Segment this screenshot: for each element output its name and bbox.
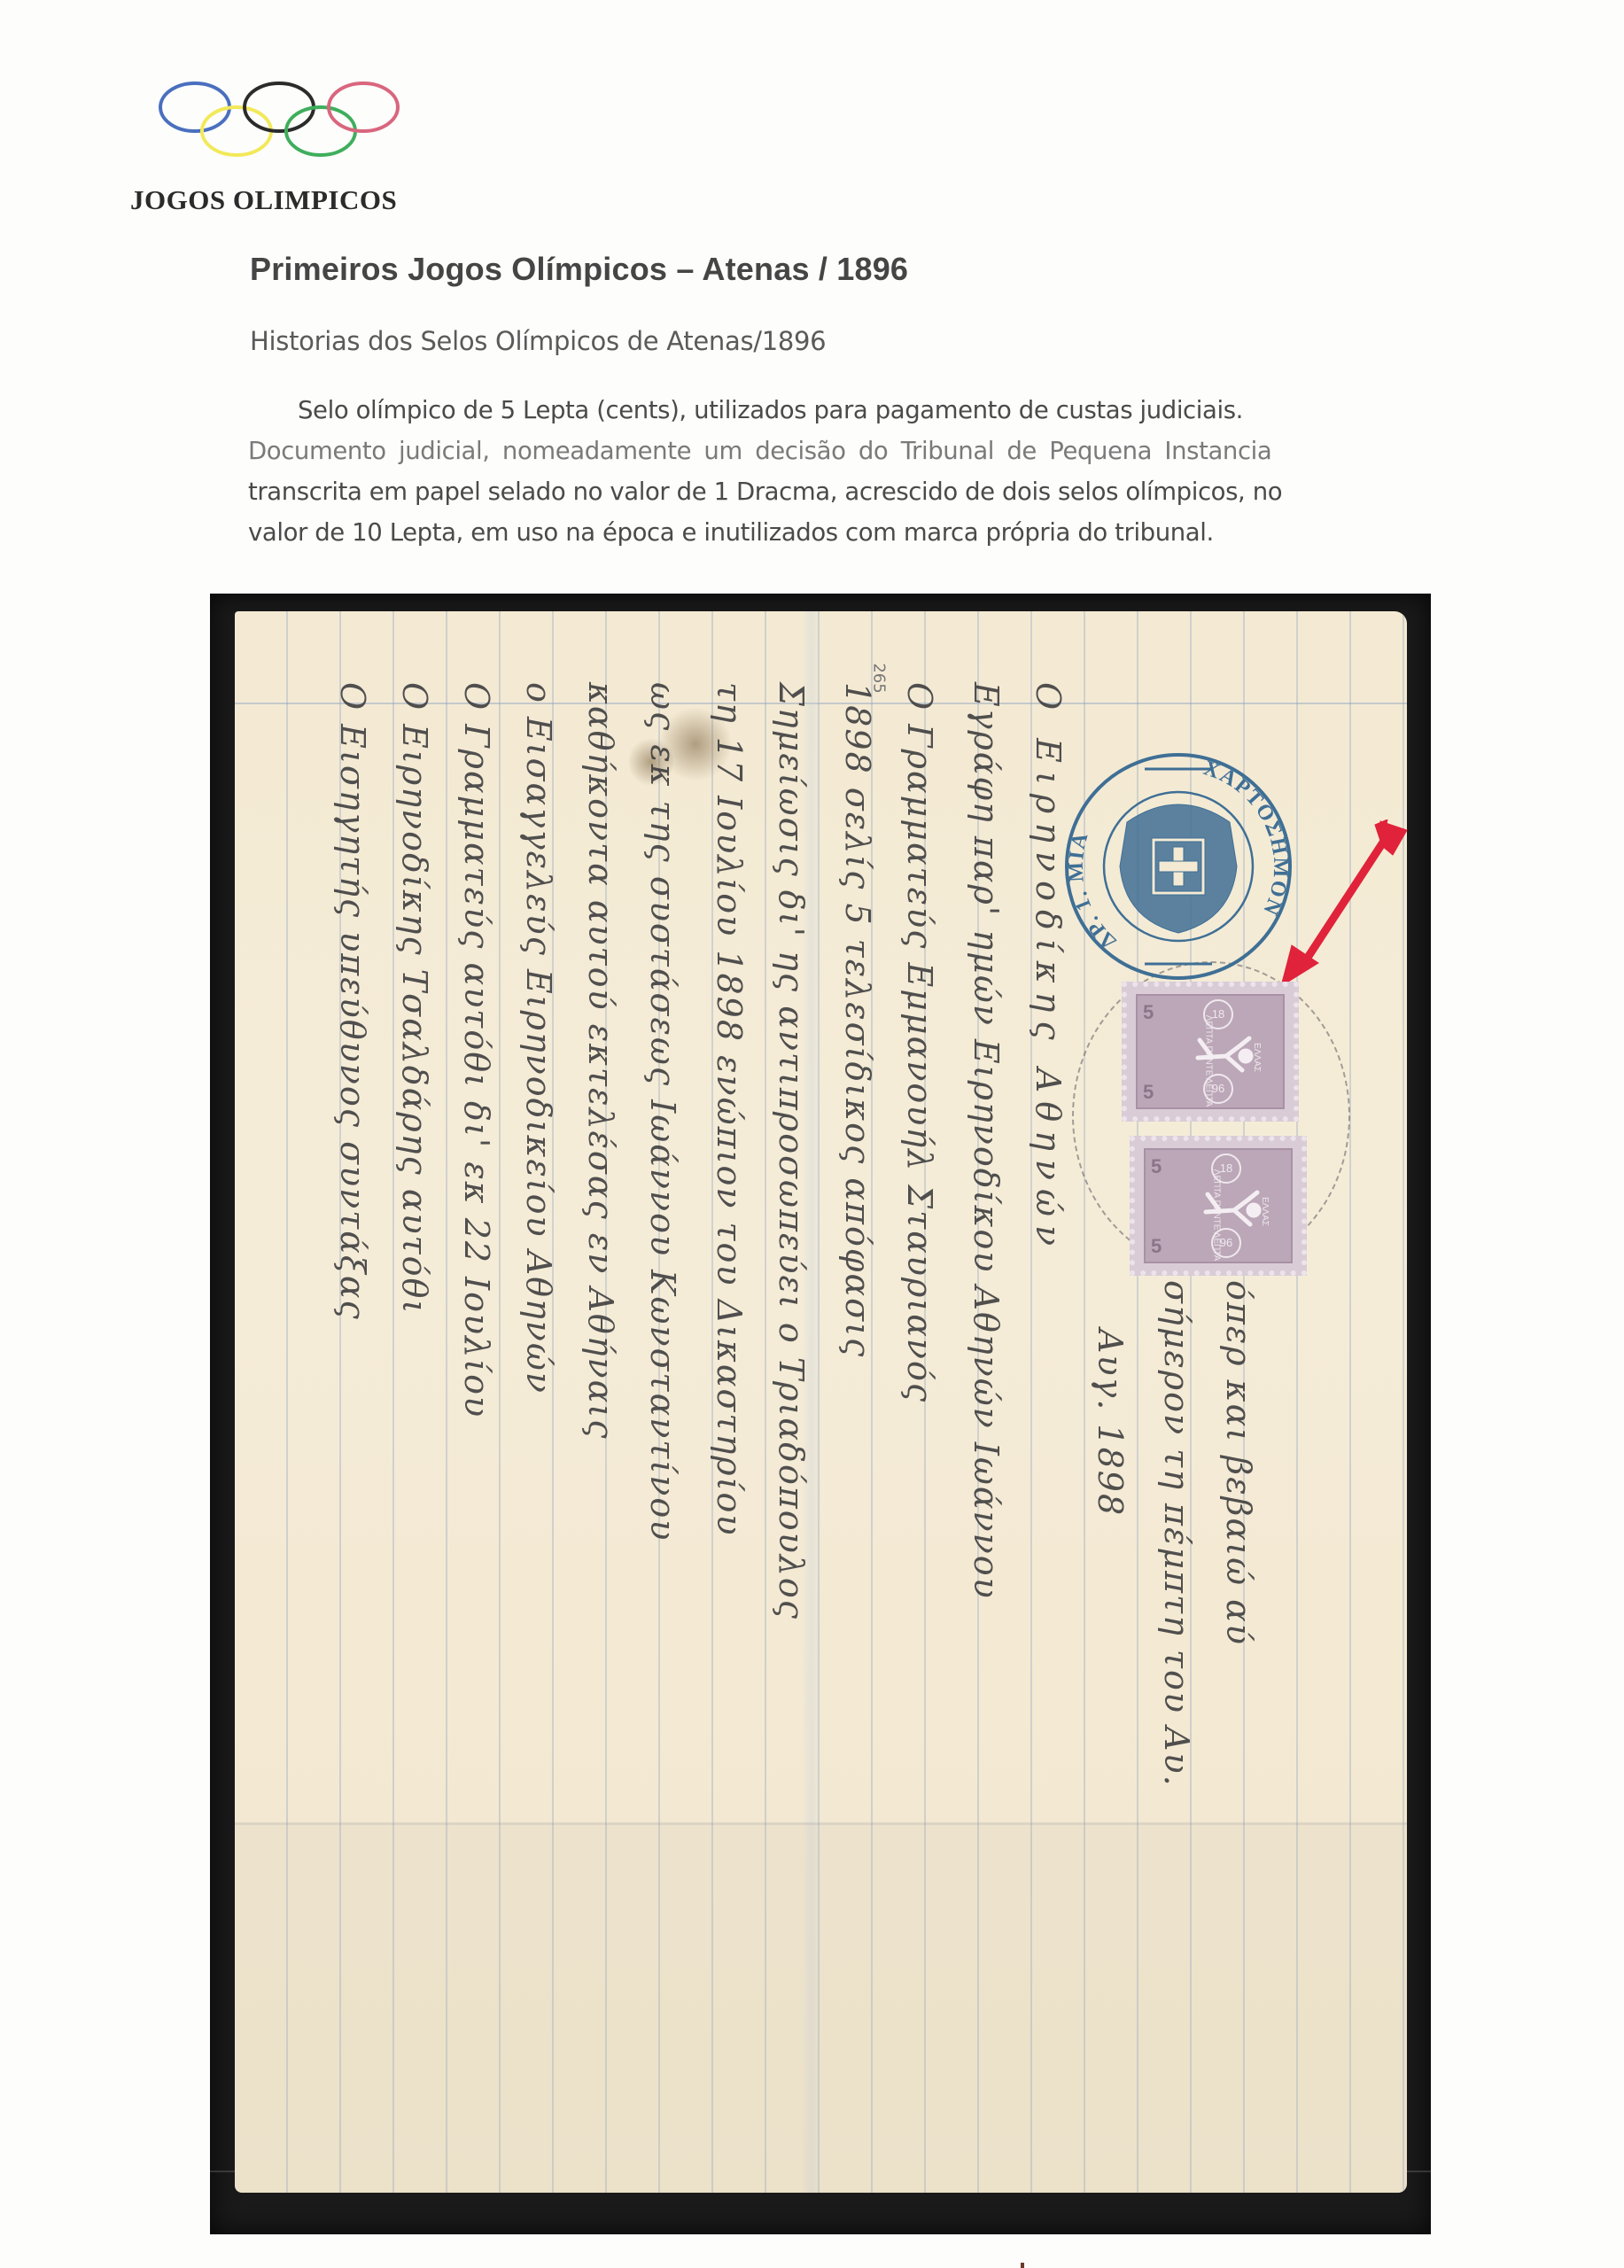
olympic-rings-icon	[151, 78, 408, 167]
handwritten-line: Εγράφη παρ' ημών Ειρηνοδίκου Αθηνών Ιωάν…	[967, 682, 1006, 1600]
olympic-stamp-5-lepta: 5 5 18 96 ΛΕΠΤΑ ΠΕΝΤΕ ΛΕΠΤΑ ΕΛΛΑΣ	[1130, 1136, 1307, 1276]
handwritten-line: Σημείωσις δι' ης αντιπροσωπεύει ο Τριαδό…	[772, 682, 811, 1620]
stamp-value: 5	[1151, 1235, 1162, 1258]
olympic-stamp-5-lepta: 5 5 18 96 ΛΕΠΤΑ ΠΕΝΤΕ ΛΕΠΤΑ ΕΛΛΑΣ	[1122, 982, 1299, 1122]
description-line: Documento judicial, nomeadamente um deci…	[248, 431, 1413, 471]
page-subtitle: Historias dos Selos Olímpicos de Atenas/…	[250, 326, 826, 356]
logo-text: JOGOS OLIMPICOS	[130, 184, 397, 216]
discus-thrower-icon	[1199, 1175, 1270, 1246]
description-line: Selo olímpico de 5 Lepta (cents), utiliz…	[248, 390, 1413, 431]
stamp-value: 5	[1143, 1081, 1154, 1104]
stamp-value: 5	[1143, 1001, 1154, 1024]
handwritten-line: σήμερον τη πέμπτη του Αυ.	[1157, 1280, 1196, 1788]
stamp-value: 5	[1151, 1155, 1162, 1178]
svg-text:ΔΡ. 1. ΜΙΑ: ΔΡ. 1. ΜΙΑ	[1065, 828, 1122, 952]
description-line: transcrita em papel selado no valor de 1…	[248, 471, 1413, 512]
red-arrow-icon	[1276, 819, 1409, 988]
handwritten-line: Ο Ειρηνοδίκης Αθηνών	[1029, 682, 1068, 1254]
description-paragraph: Selo olímpico de 5 Lepta (cents), utiliz…	[248, 390, 1413, 553]
greek-coat-of-arms-icon: ΧΑΡΤΟΣΗΜΟΝ ΔΡ. 1. ΜΙΑ	[1063, 751, 1294, 982]
handwritten-line: καθήκοντα αυτού εκτελέσας εν Αθήναις	[581, 682, 620, 1441]
page-title: Primeiros Jogos Olímpicos – Atenas / 189…	[250, 251, 908, 288]
handwritten-line: Ο Γραμματεύς Εμμανουήλ Σταυριανός	[900, 682, 939, 1403]
handwritten-line: ως εκ της συστάσεως Ιωάννου Κωνσταντίνου	[643, 682, 682, 1542]
handwritten-line: Ο Ειρηνοδίκης Τσαλδάρης αυτόθι	[395, 682, 434, 1315]
discus-thrower-icon	[1191, 1021, 1262, 1091]
handwritten-line: τη 17 Ιουλίου 1898 ενώπιον του Δικαστηρί…	[710, 682, 749, 1536]
handwritten-line: ο Εισαγγελεύς Ειρηνοδικείου Αθηνών	[519, 682, 558, 1394]
description-line: valor de 10 Lepta, em uso na época e inu…	[248, 512, 1413, 553]
handwritten-line: Ο Γραμματεύς αυτόθι δι' εκ 22 Ιουλίου	[457, 682, 496, 1418]
handwritten-line: 1898 σελίς 5 τελεσίδικος απόφασις	[838, 682, 877, 1358]
handwritten-line: όπερ και βεβαιώ αύ	[1219, 1280, 1258, 1646]
handwritten-line: Ο Εισηγητής υπεύθυνος συντάξας	[333, 682, 372, 1321]
handwritten-line: Αυγ. 1898	[1091, 1329, 1130, 1517]
lower-fold-shade	[235, 1825, 1407, 2193]
scan-artifact	[1021, 2263, 1024, 2268]
